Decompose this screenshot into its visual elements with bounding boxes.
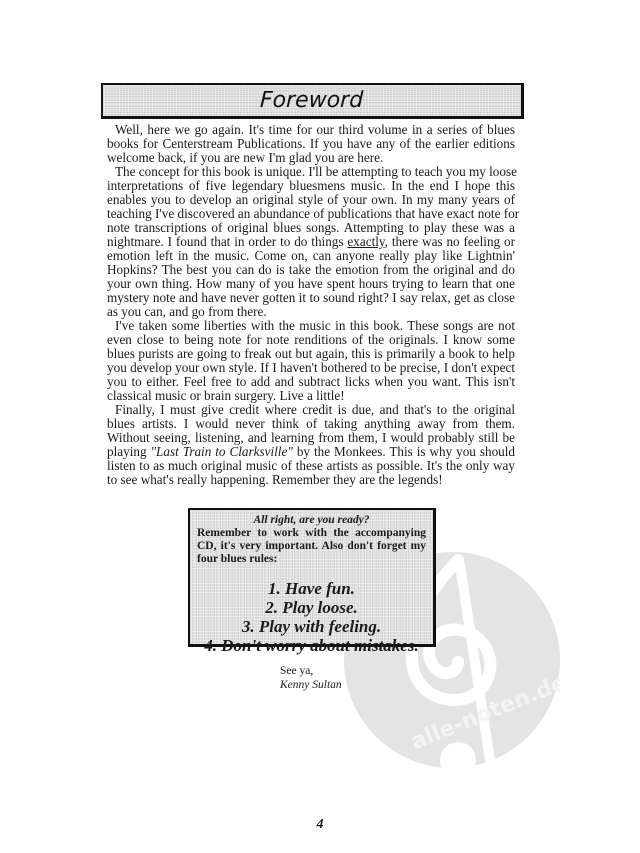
text-line: Without seeing, listening, and learning … (107, 431, 515, 445)
text-line: emotion left in the music. Come on, can … (107, 249, 515, 263)
rule-item: 4. Don't worry about mistakes. (197, 636, 426, 655)
rules-list: 1. Have fun. 2. Play loose. 3. Play with… (197, 579, 426, 655)
text-line: blues artists. I would never think of ta… (107, 417, 515, 431)
page-number: 4 (0, 817, 640, 833)
text-line: to see what's really happening. Remember… (107, 473, 515, 487)
text-line: classical music or brain surgery. Live a… (107, 389, 515, 403)
page-title: Foreword (260, 88, 364, 113)
text-line: you develop your own style. If I haven't… (107, 361, 515, 375)
text-segment: by the Monkees. This is why you should (297, 444, 515, 459)
text-line: Hopkins? The best you can do is take the… (107, 263, 515, 277)
text-line: playing "Last Train to Clarksville" by t… (107, 445, 515, 459)
signature-closing: See ya, (280, 664, 342, 678)
callout-text-line: Remember to work with the accompanying (197, 527, 426, 540)
foreword-body: Well, here we go again. It's time for ou… (107, 123, 515, 487)
author-name: Kenny Sultan (280, 678, 342, 692)
text-line: welcome back, if you are new I'm glad yo… (107, 151, 515, 165)
text-segment: , there was no feeling or (385, 234, 515, 249)
watermark-text: alle-noten.de (408, 670, 560, 755)
text-line: Well, here we go again. It's time for ou… (107, 123, 515, 137)
foreword-header-banner: Foreword (101, 83, 524, 119)
text-segment: playing (107, 444, 147, 459)
rule-item: 1. Have fun. (197, 579, 426, 598)
document-page: alle-noten.de Foreword Well, here we go … (0, 0, 640, 853)
callout-text-line: four blues rules: (197, 553, 426, 566)
text-line: books for Centerstream Publications. If … (107, 137, 515, 151)
text-line: your own thing. How many of you have spe… (107, 277, 515, 291)
callout-heading: All right, are you ready? (197, 514, 426, 527)
text-line: blues purists are going to freak out but… (107, 347, 515, 361)
text-line: The concept for this book is unique. I'l… (107, 165, 515, 179)
callout-text-line: CD, it's very important. Also don't forg… (197, 540, 426, 553)
text-line: mystery note and have never gotten it to… (107, 291, 515, 305)
song-title: "Last Train to Clarksville" (151, 444, 293, 459)
text-line: listen to as much original music of thes… (107, 459, 515, 473)
text-line: I've taken some liberties with the music… (107, 319, 515, 333)
text-line: teaching I've discovered an abundance of… (107, 207, 515, 221)
text-line: Finally, I must give credit where credit… (107, 403, 515, 417)
blues-rules-callout: All right, are you ready? Remember to wo… (188, 508, 436, 647)
text-line: nightmare. I found that in order to do t… (107, 235, 515, 249)
text-line: you to either. Feel free to add and subt… (107, 375, 515, 389)
underlined-word: exactly (347, 234, 384, 249)
text-line: as you can, and go from there. (107, 305, 515, 319)
text-line: enables you to develop an original style… (107, 193, 515, 207)
text-line: note transcriptions of original blues so… (107, 221, 515, 235)
rule-item: 3. Play with feeling. (197, 617, 426, 636)
rule-item: 2. Play loose. (197, 598, 426, 617)
text-line: interpretations of five legendary bluesm… (107, 179, 515, 193)
signature-block: See ya, Kenny Sultan (280, 664, 342, 692)
text-segment: nightmare. I found that in order to do t… (107, 234, 344, 249)
text-line: even close to being note for note rendit… (107, 333, 515, 347)
